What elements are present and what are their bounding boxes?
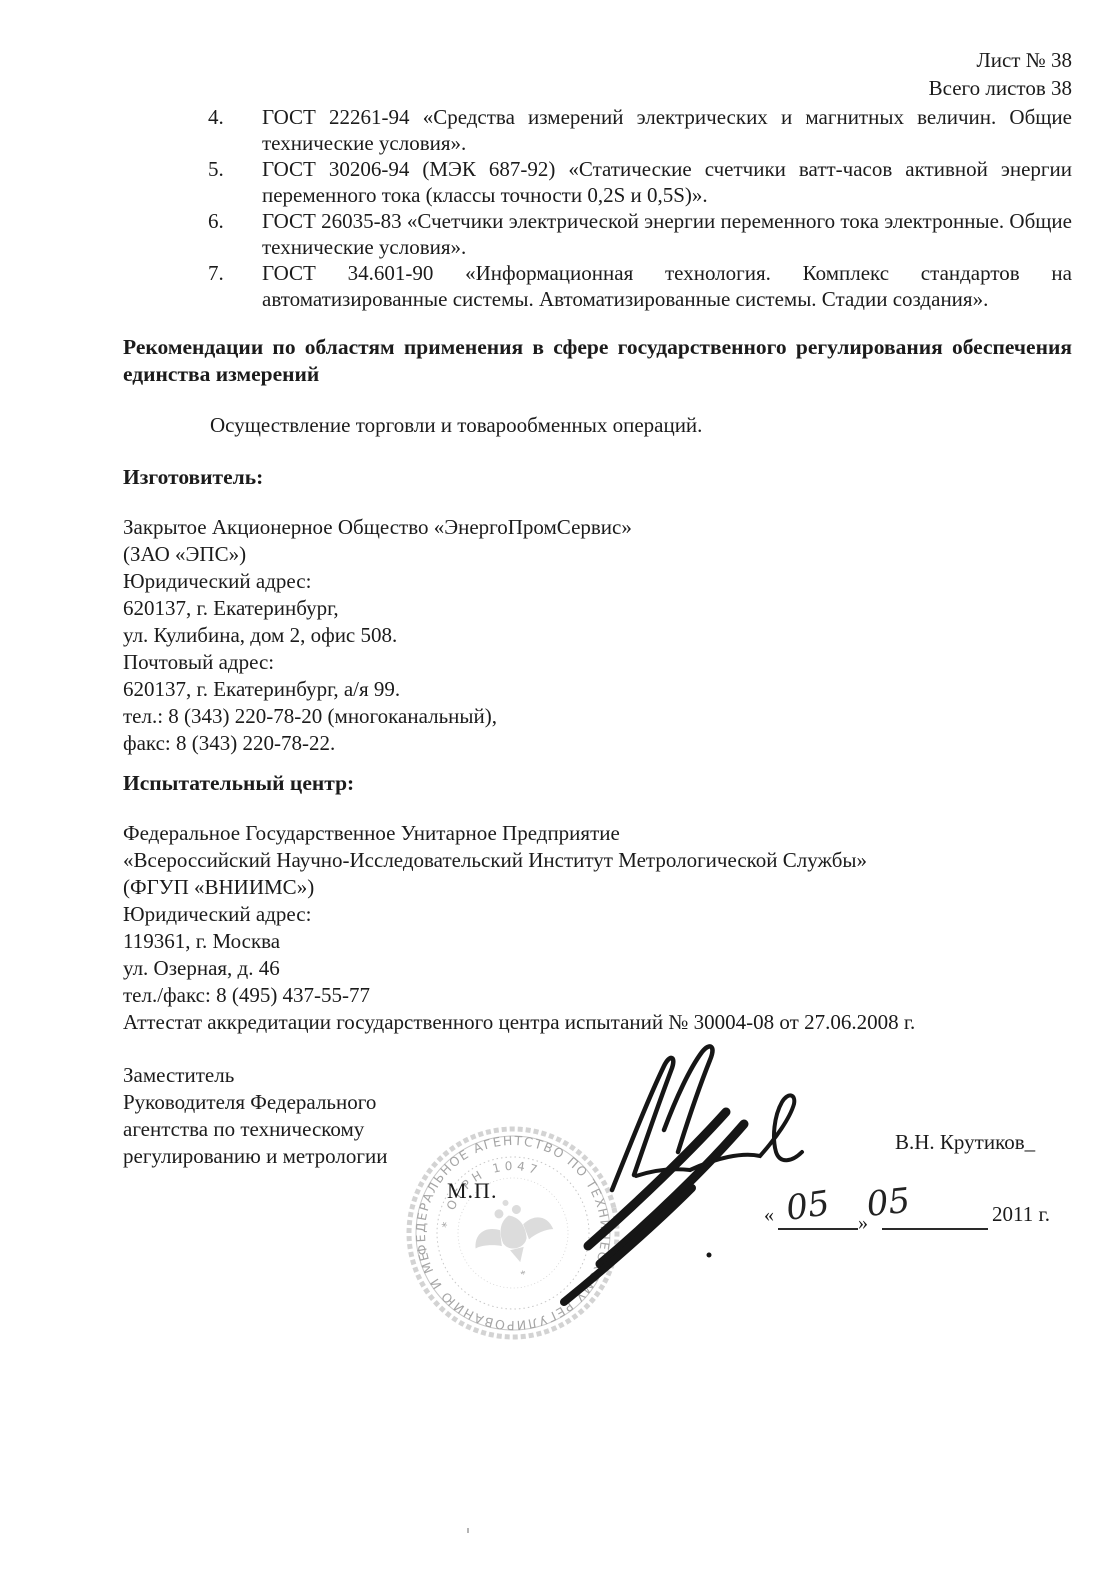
address-line: (ФГУП «ВНИИМС») bbox=[123, 874, 1072, 901]
address-line: ул. Озерная, д. 46 bbox=[123, 955, 1072, 982]
manufacturer-heading: Изготовитель: bbox=[123, 464, 1072, 491]
recommendations-heading: Рекомендации по областям применения в сф… bbox=[123, 334, 1072, 388]
recommendations-body: Осуществление торговли и товарообменных … bbox=[123, 412, 1072, 439]
standards-item-number: 6. bbox=[208, 208, 224, 234]
address-line: ул. Кулибина, дом 2, офис 508. bbox=[123, 622, 1072, 649]
standards-item: 4. ГОСТ 22261-94 «Средства измерений эле… bbox=[123, 104, 1072, 156]
test-center-address: Федеральное Государственное Унитарное Пр… bbox=[123, 820, 1072, 1036]
standards-item-text: ГОСТ 34.601-90 «Информационная технологи… bbox=[262, 261, 1072, 311]
sheet-header: Лист № 38 Всего листов 38 bbox=[123, 46, 1072, 102]
standards-item: 5. ГОСТ 30206-94 (МЭК 687-92) «Статическ… bbox=[123, 156, 1072, 208]
standards-item: 6. ГОСТ 26035-83 «Счетчики электрической… bbox=[123, 208, 1072, 260]
address-line: тел./факс: 8 (495) 437-55-77 bbox=[123, 982, 1072, 1009]
address-line: 620137, г. Екатеринбург, bbox=[123, 595, 1072, 622]
test-center-heading: Испытательный центр: bbox=[123, 770, 1072, 797]
address-line: тел.: 8 (343) 220-78-20 (многоканальный)… bbox=[123, 703, 1072, 730]
standards-item-number: 5. bbox=[208, 156, 224, 182]
address-line: 620137, г. Екатеринбург, а/я 99. bbox=[123, 676, 1072, 703]
position-line: Руководителя Федерального bbox=[123, 1089, 453, 1116]
address-line: Закрытое Акционерное Общество «ЭнергоПро… bbox=[123, 514, 1072, 541]
handwritten-month: 05 bbox=[865, 1181, 912, 1225]
address-line: Юридический адрес: bbox=[123, 568, 1072, 595]
address-line: Федеральное Государственное Унитарное Пр… bbox=[123, 820, 1072, 847]
handwritten-date-values: 05 05 bbox=[770, 1172, 1010, 1242]
standards-item-number: 7. bbox=[208, 260, 224, 286]
sheet-number: Лист № 38 bbox=[123, 46, 1072, 74]
sheet-total: Всего листов 38 bbox=[123, 74, 1072, 102]
address-line: Юридический адрес: bbox=[123, 901, 1072, 928]
address-line: факс: 8 (343) 220-78-22. bbox=[123, 730, 1072, 757]
address-line: (ЗАО «ЭПС») bbox=[123, 541, 1072, 568]
standards-list: 4. ГОСТ 22261-94 «Средства измерений эле… bbox=[123, 104, 1072, 312]
stamp-place-label: М.П. bbox=[447, 1178, 497, 1204]
standards-item-text: ГОСТ 22261-94 «Средства измерений электр… bbox=[262, 105, 1072, 155]
standards-item-text: ГОСТ 26035-83 «Счетчики электрической эн… bbox=[262, 209, 1072, 259]
handwritten-day: 05 bbox=[784, 1183, 832, 1229]
document-page: Лист № 38 Всего листов 38 4. ГОСТ 22261-… bbox=[0, 0, 1098, 1572]
stamp-star: * bbox=[519, 1268, 527, 1281]
address-line: 119361, г. Москва bbox=[123, 928, 1072, 955]
standards-item-number: 4. bbox=[208, 104, 224, 130]
position-line: Заместитель bbox=[123, 1062, 453, 1089]
manufacturer-address: Закрытое Акционерное Общество «ЭнергоПро… bbox=[123, 514, 1072, 757]
standards-item-text: ГОСТ 30206-94 (МЭК 687-92) «Статические … bbox=[262, 157, 1072, 207]
scan-artifact bbox=[467, 1528, 469, 1533]
standards-item: 7. ГОСТ 34.601-90 «Информационная технол… bbox=[123, 260, 1072, 312]
address-line: Почтовый адрес: bbox=[123, 649, 1072, 676]
address-line: «Всероссийский Научно-Исследовательский … bbox=[123, 847, 1072, 874]
signer-name: В.Н. Крутиков_ bbox=[895, 1130, 1035, 1155]
